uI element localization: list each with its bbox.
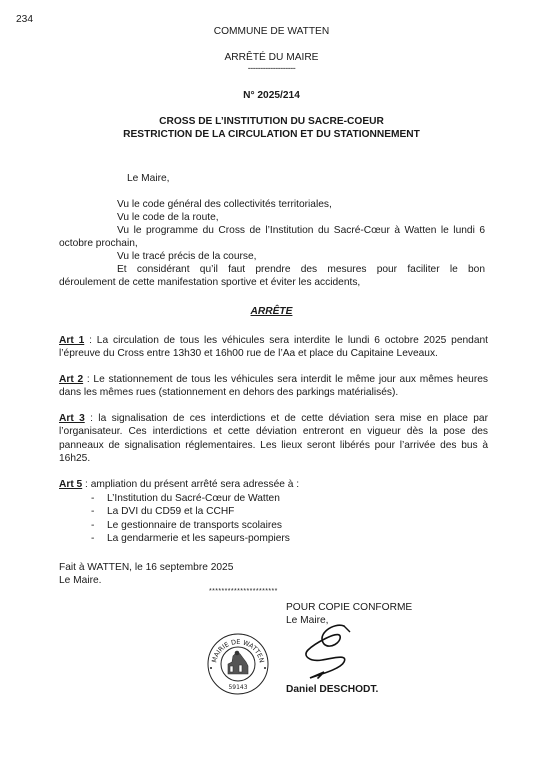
article-2: Art 2 : Le stationnement de tous les véh… <box>59 373 488 400</box>
recipient-item: L’Institution du Sacré-Cœur de Watten <box>91 492 290 505</box>
star-separator: ********************** <box>209 588 278 595</box>
subject-line-2: RESTRICTION DE LA CIRCULATION ET DU STAT… <box>0 128 543 141</box>
subject-line-1: CROSS DE L’INSTITUTION DU SACRE-COEUR <box>0 115 543 128</box>
town-seal: MAIRIE DE WATTEN 59143 <box>206 632 270 696</box>
certified-copy: POUR COPIE CONFORME <box>286 601 412 614</box>
recipients-list: L’Institution du Sacré-Cœur de Watten La… <box>91 492 290 545</box>
arrete-number: N° 2025/214 <box>0 89 543 102</box>
arrete-heading: ARRÊTE <box>0 305 543 318</box>
article-3: Art 3 : la signalisation de ces interdic… <box>59 412 488 465</box>
article-5: Art 5 : ampliation du présent arrêté ser… <box>59 478 488 491</box>
vu-programme-line1: Vu le programme du Cross de l’Institutio… <box>117 224 485 237</box>
vu-code-route: Vu le code de la route, <box>117 211 219 224</box>
signer-name: Daniel DESCHODT. <box>286 683 378 696</box>
considerant-line1: Et considérant qu’il faut prendre des me… <box>117 263 485 276</box>
article-3-label: Art 3 <box>59 413 85 424</box>
article-2-label: Art 2 <box>59 374 83 385</box>
article-1-label: Art 1 <box>59 335 84 346</box>
vu-programme-line2: octobre prochain, <box>59 237 138 250</box>
place-date: Fait à WATTEN, le 16 septembre 2025 <box>59 561 233 574</box>
title-separator: ------------------- <box>0 62 543 75</box>
article-1: Art 1 : La circulation de tous les véhic… <box>59 334 488 361</box>
recipient-item: La gendarmerie et les sapeurs-pompiers <box>91 532 290 545</box>
vu-code-collectivites: Vu le code général des collectivités ter… <box>117 198 332 211</box>
svg-text:59143: 59143 <box>228 684 247 691</box>
signature-icon <box>294 620 374 690</box>
signature <box>294 620 374 690</box>
opening-le-maire: Le Maire, <box>127 172 169 185</box>
considerant-line2: déroulement de cette manifestation sport… <box>59 276 360 289</box>
signer-role: Le Maire. <box>59 574 101 587</box>
recipient-item: Le gestionnaire de transports scolaires <box>91 519 290 532</box>
seal-icon: MAIRIE DE WATTEN 59143 <box>206 632 270 696</box>
recipient-item: La DVI du CD59 et la CCHF <box>91 505 290 518</box>
vu-trace: Vu le tracé précis de la course, <box>117 250 257 263</box>
article-5-label: Art 5 <box>59 479 82 490</box>
commune-name: COMMUNE DE WATTEN <box>0 25 543 38</box>
